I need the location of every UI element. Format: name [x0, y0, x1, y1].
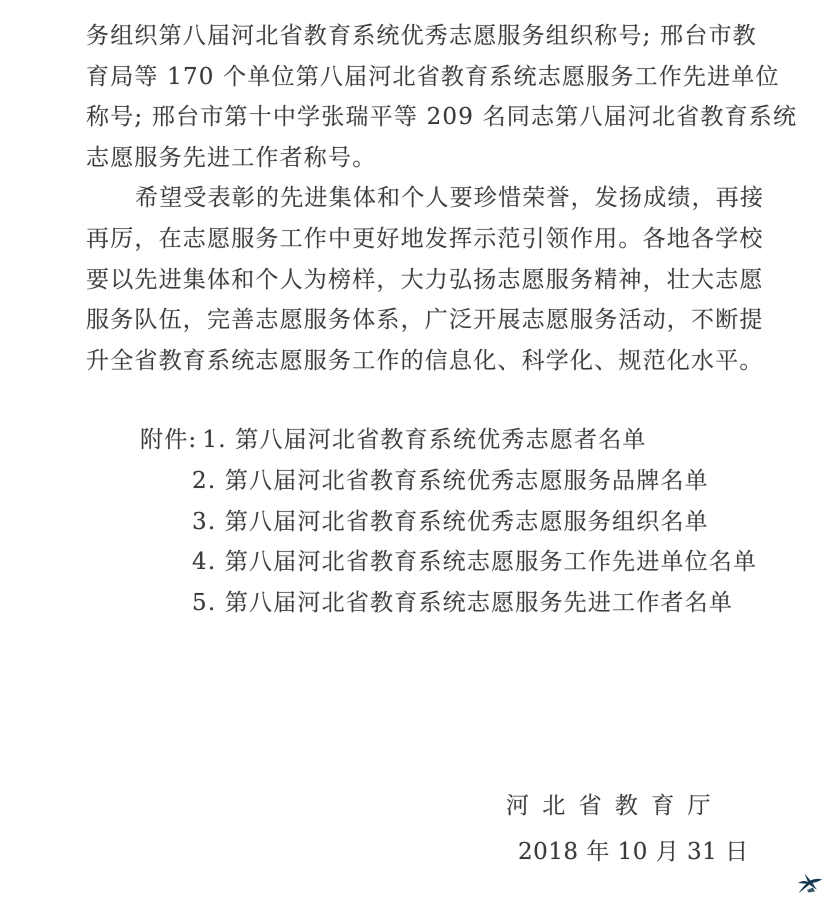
- signature-date: 2018 年 10 月 31 日: [518, 838, 749, 866]
- attachment-item: 附件:1. 第八届河北省教育系统优秀志愿者名单: [86, 420, 766, 461]
- attachment-item: 2. 第八届河北省教育系统优秀志愿服务品牌名单: [86, 461, 766, 502]
- attachment-item: 3. 第八届河北省教育系统优秀志愿服务组织名单: [86, 502, 766, 543]
- document-body: 务组织第八届河北省教育系统优秀志愿服务组织称号; 邢台市教 育局等 170 个单…: [86, 16, 766, 381]
- scanned-document-page: 务组织第八届河北省教育系统优秀志愿服务组织称号; 邢台市教 育局等 170 个单…: [0, 0, 827, 898]
- bird-mark-icon: [796, 870, 824, 896]
- body-line: 要以先进集体和个人为榜样，大力弘扬志愿服务精神，壮大志愿: [86, 260, 766, 301]
- body-line: 称号; 邢台市第十中学张瑞平等 209 名同志第八届河北省教育系统: [86, 97, 766, 138]
- signature-issuer: 河 北 省 教 育 厅: [506, 792, 714, 820]
- body-line: 育局等 170 个单位第八届河北省教育系统志愿服务工作先进单位: [86, 57, 766, 98]
- body-line: 务组织第八届河北省教育系统优秀志愿服务组织称号; 邢台市教: [86, 16, 766, 57]
- body-line: 再厉，在志愿服务工作中更好地发挥示范引领作用。各地各学校: [86, 219, 766, 260]
- body-line: 服务队伍，完善志愿服务体系，广泛开展志愿服务活动，不断提: [86, 300, 766, 341]
- body-line: 升全省教育系统志愿服务工作的信息化、科学化、规范化水平。: [86, 341, 766, 382]
- attachment-list: 附件:1. 第八届河北省教育系统优秀志愿者名单 2. 第八届河北省教育系统优秀志…: [86, 420, 766, 624]
- attachment-label: 附件:: [140, 427, 197, 453]
- attachment-item: 5. 第八届河北省教育系统志愿服务先进工作者名单: [86, 583, 766, 624]
- body-line: 志愿服务先进工作者称号。: [86, 138, 766, 179]
- attachment-item: 4. 第八届河北省教育系统志愿服务工作先进单位名单: [86, 542, 766, 583]
- attachment-item-text: 1. 第八届河北省教育系统优秀志愿者名单: [202, 427, 646, 453]
- body-line: 希望受表彰的先进集体和个人要珍惜荣誉，发扬成绩，再接: [86, 178, 766, 219]
